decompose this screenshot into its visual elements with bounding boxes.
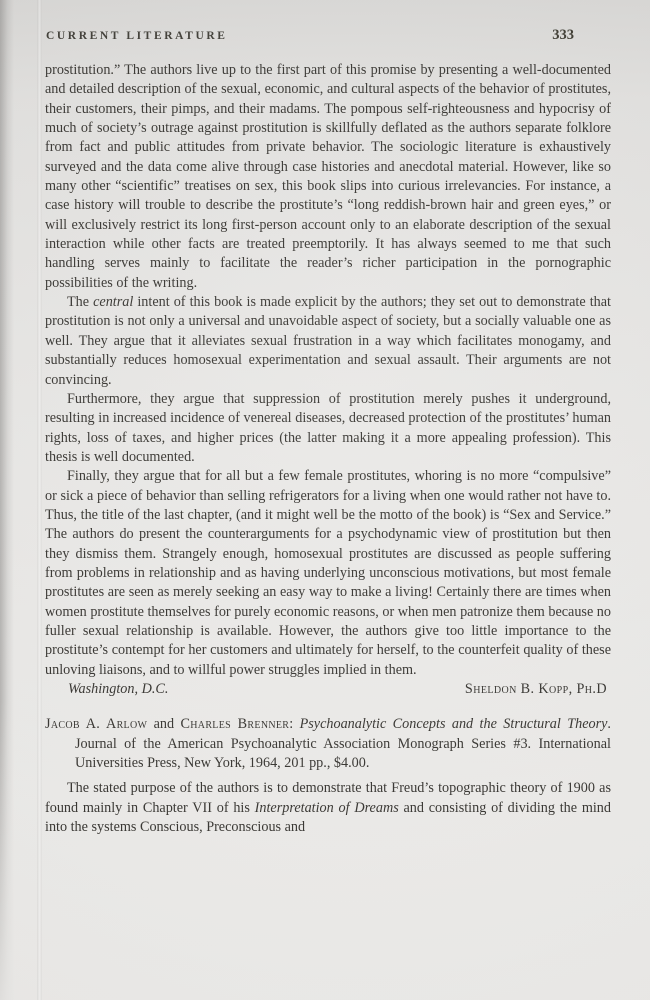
running-head-title: CURRENT LITERATURE [46, 30, 228, 42]
text-segment: Jacob A. Arlow [45, 716, 147, 732]
reviewer-signature: Washington, D.C. Sheldon B. Kopp, Ph.D [45, 680, 611, 699]
page-number: 333 [552, 27, 574, 44]
reviewer-location: Washington, D.C. [68, 680, 168, 699]
text-segment: Furthermore, they argue that suppression… [45, 391, 611, 465]
text-segment: and [147, 716, 180, 732]
reviewer-name: Sheldon B. Kopp, Ph.D [465, 680, 607, 699]
text-segment: The [67, 294, 93, 310]
scan-edge-fade [0, 700, 14, 1000]
body-text: prostitution.” The authors live up to th… [45, 61, 611, 837]
running-header: CURRENT LITERATURE 333 [0, 0, 650, 44]
text-segment: prostitution.” The authors live up to th… [45, 62, 611, 291]
review-paragraph-continuation: prostitution.” The authors live up to th… [45, 61, 611, 293]
scanned-journal-page: CURRENT LITERATURE 333 prostitution.” Th… [0, 0, 650, 1000]
text-segment: Finally, they argue that for all but a f… [45, 468, 611, 677]
text-segment: Psychoanalytic Concepts and the Structur… [300, 716, 608, 732]
review-paragraph: The central intent of this book is made … [45, 293, 611, 390]
review-paragraph: The stated purpose of the authors is to … [45, 779, 611, 837]
review-paragraph: Finally, they argue that for all but a f… [45, 467, 611, 680]
page-crease [37, 0, 42, 1000]
text-segment: Interpretation of Dreams [255, 800, 399, 816]
review-paragraph: Furthermore, they argue that suppression… [45, 390, 611, 467]
text-segment: central [93, 294, 133, 310]
text-segment: Charles Brenner [181, 716, 290, 732]
book-citation: Jacob A. Arlow and Charles Brenner: Psyc… [45, 715, 611, 773]
text-segment: : [289, 716, 299, 732]
